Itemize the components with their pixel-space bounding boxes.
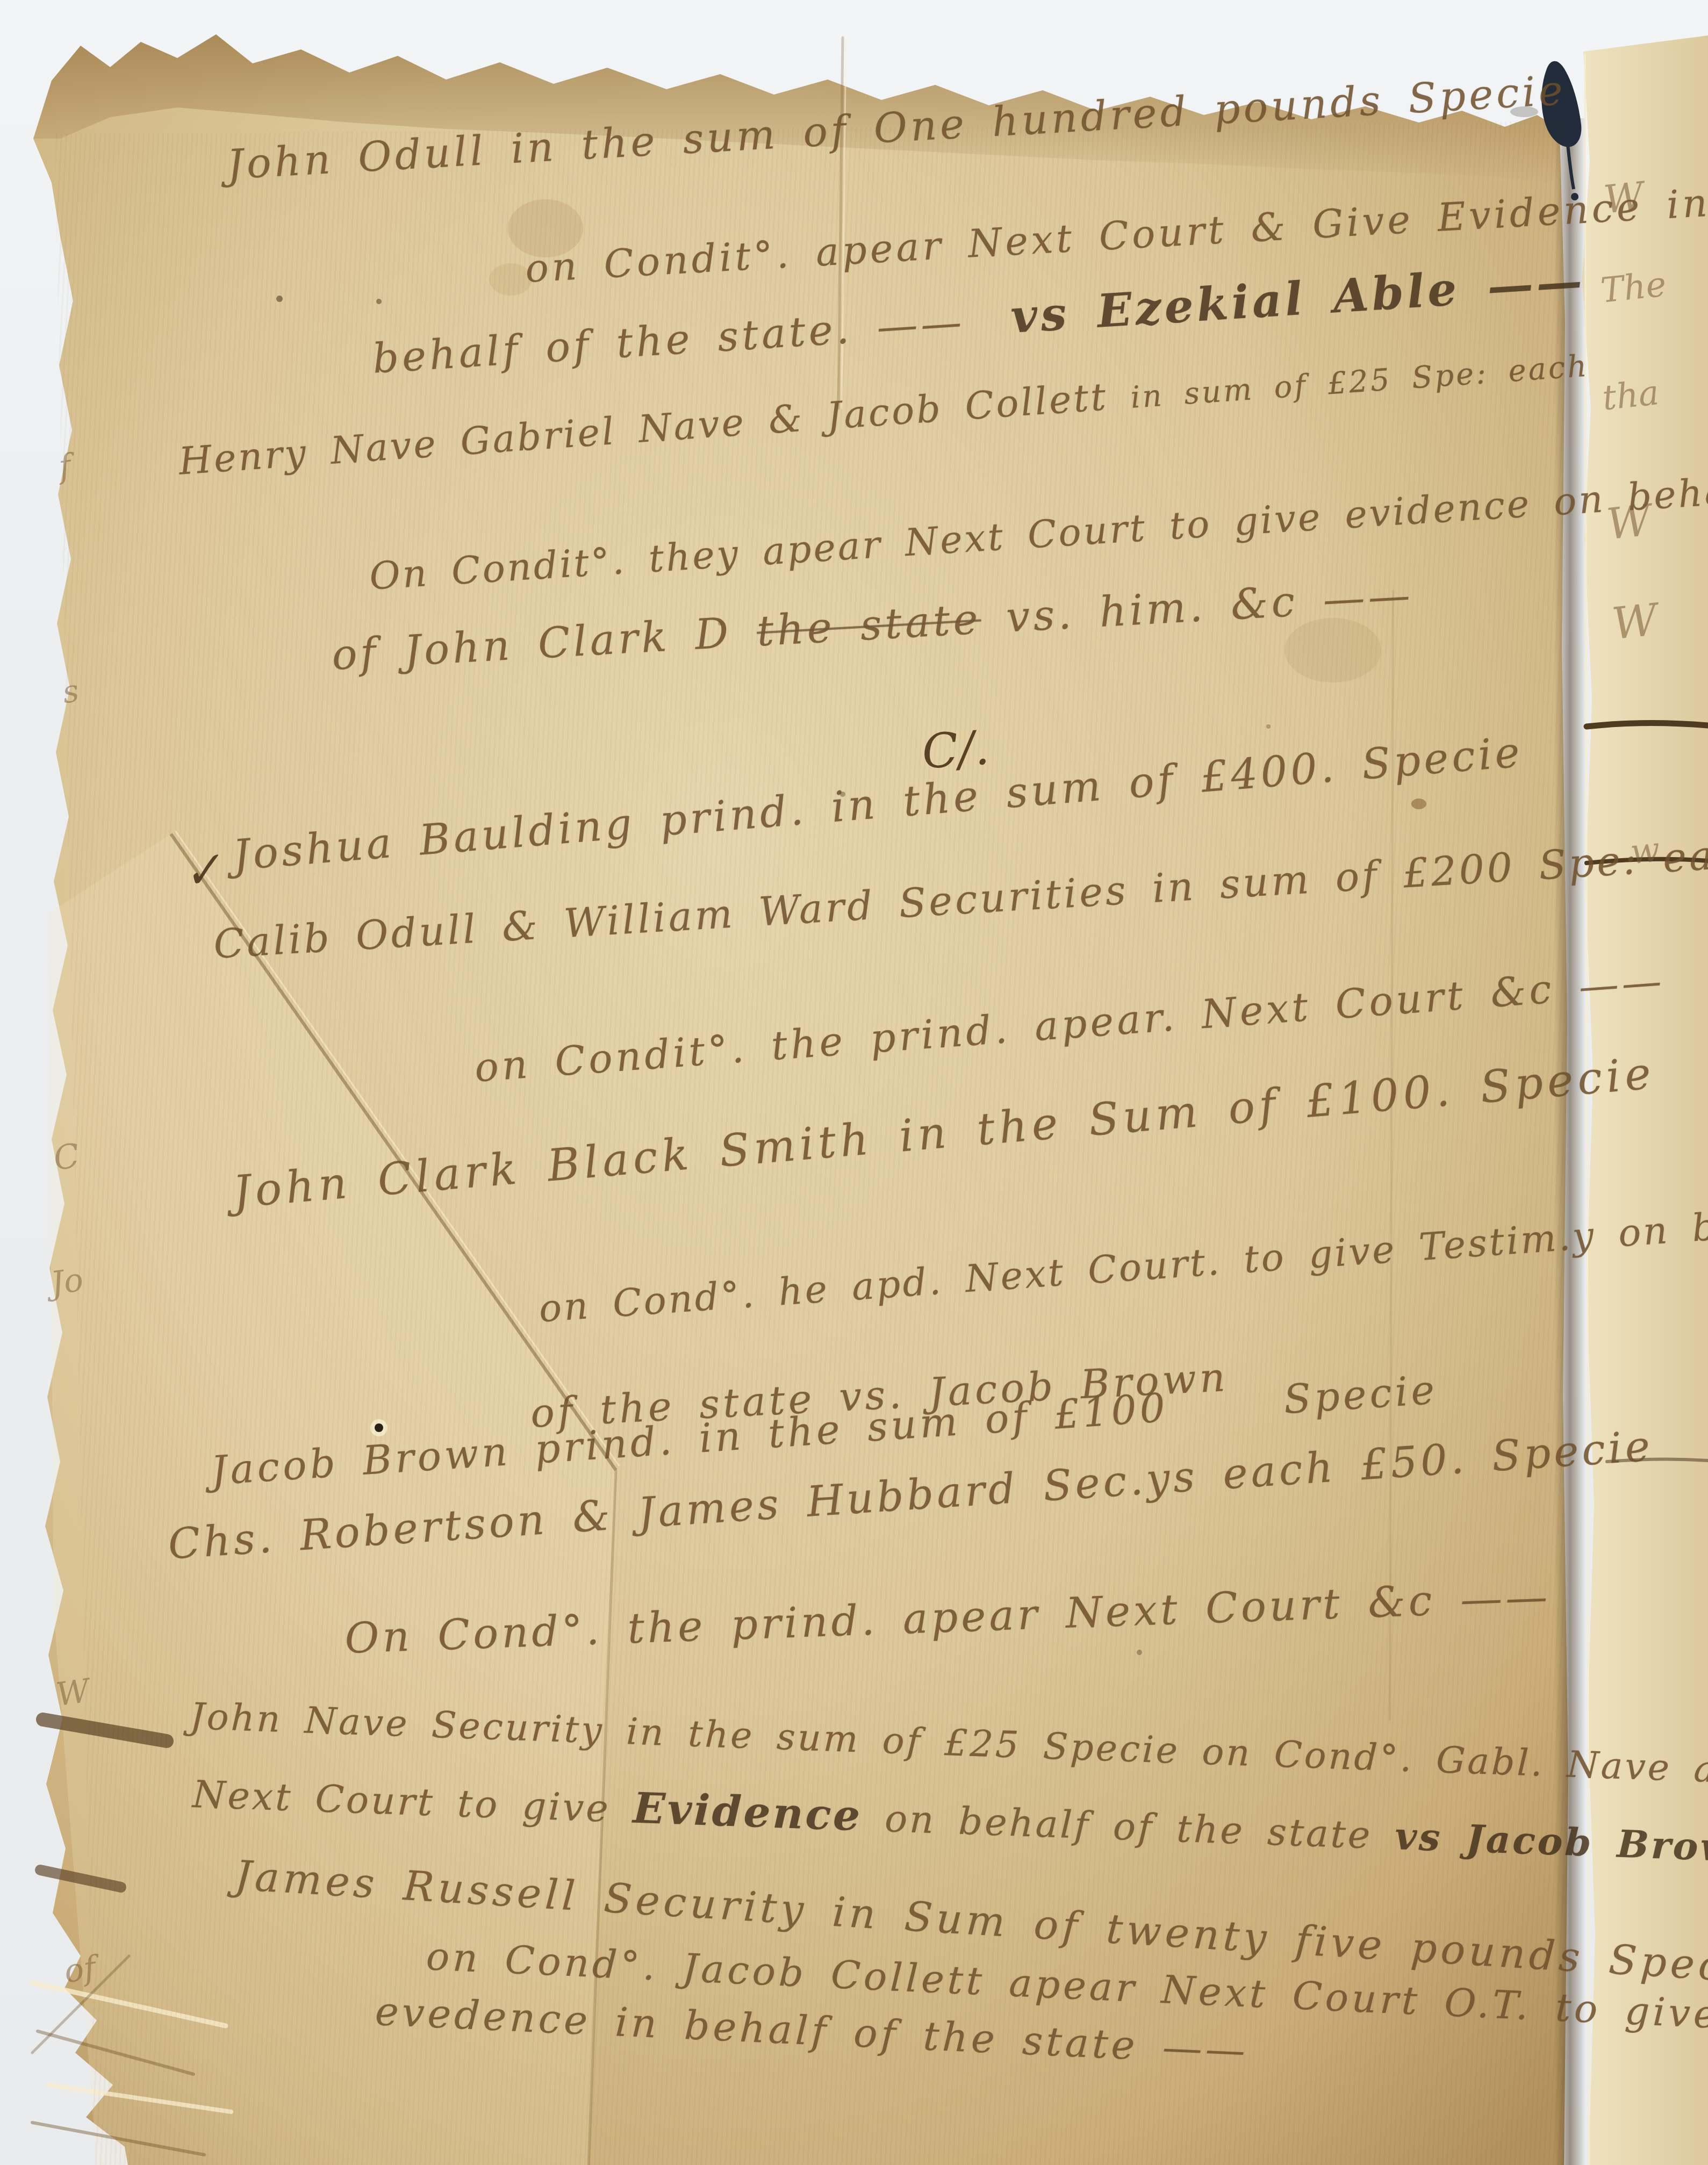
line-segment: vs. him. &c ——: [1005, 571, 1415, 642]
line-segment: on behalf of the state: [884, 1796, 1396, 1858]
adjacent-page-fragment: W: [1602, 173, 1646, 222]
margin-fragment: f: [56, 447, 74, 486]
line-segment: Henry Nave Gabriel Nave & Jacob Collett: [177, 373, 1132, 484]
margin-fragment: of: [62, 1949, 98, 1990]
section-mark: C/.: [920, 720, 991, 779]
line-segment: Evidence: [632, 1783, 863, 1841]
manuscript-line-9: John Clark Black Smith in the Sum of £10…: [231, 1048, 1657, 1218]
line-segment: behalf of the state. ——: [371, 298, 966, 383]
manuscript-line-0: John Odull in the sum of One hundred pou…: [226, 66, 1567, 189]
margin-fragment: Jo: [48, 1261, 85, 1303]
adjacent-page-fragment: W: [1604, 495, 1654, 549]
line-segment: Specie: [1282, 1366, 1439, 1423]
handwriting-layer: John Odull in the sum of One hundred pou…: [0, 0, 1708, 2165]
scanned-manuscript: John Odull in the sum of One hundred pou…: [0, 0, 1708, 2165]
line-segment: in sum of £25 Spe: each: [1129, 349, 1590, 415]
margin-fragment: W: [54, 1672, 92, 1714]
manuscript-line-16: Next Court to give Evidence on behalf of…: [192, 1768, 1708, 1872]
line-segment: On Condit°. they apear Next Court to giv…: [368, 467, 1708, 599]
adjacent-page-fragment: tha: [1601, 373, 1661, 419]
line-segment: on Cond°. he apd. Next Court. to give Te…: [537, 1197, 1708, 1331]
line-segment: the state: [756, 595, 982, 656]
line-segment: of John Clark D: [331, 609, 733, 679]
line-segment: John Odull in the sum of One hundred pou…: [226, 66, 1567, 189]
adjacent-page-fragment: w: [1628, 830, 1662, 872]
manuscript-line-10: on Cond°. he apd. Next Court. to give Te…: [537, 1197, 1708, 1331]
line-segment: On Cond°. the prind. apear Next Court &c…: [344, 1573, 1552, 1663]
manuscript-line-14: On Cond°. the prind. apear Next Court &c…: [344, 1573, 1552, 1663]
line-segment: Next Court to give: [192, 1772, 634, 1832]
line-segment: vs Ezekial Able ——: [1009, 254, 1587, 344]
manuscript-line-4: On Condit°. they apear Next Court to giv…: [368, 467, 1708, 599]
margin-fragment: C: [51, 1135, 82, 1178]
margin-checkmark: ✓: [178, 841, 226, 901]
line-segment: vs Jacob Brown: [1394, 1814, 1708, 1871]
margin-fragment: s: [60, 672, 81, 710]
adjacent-page-fragment: W: [1610, 594, 1660, 650]
line-segment: John Clark Black Smith in the Sum of £10…: [231, 1048, 1657, 1218]
adjacent-page-fragment: The: [1599, 264, 1668, 311]
